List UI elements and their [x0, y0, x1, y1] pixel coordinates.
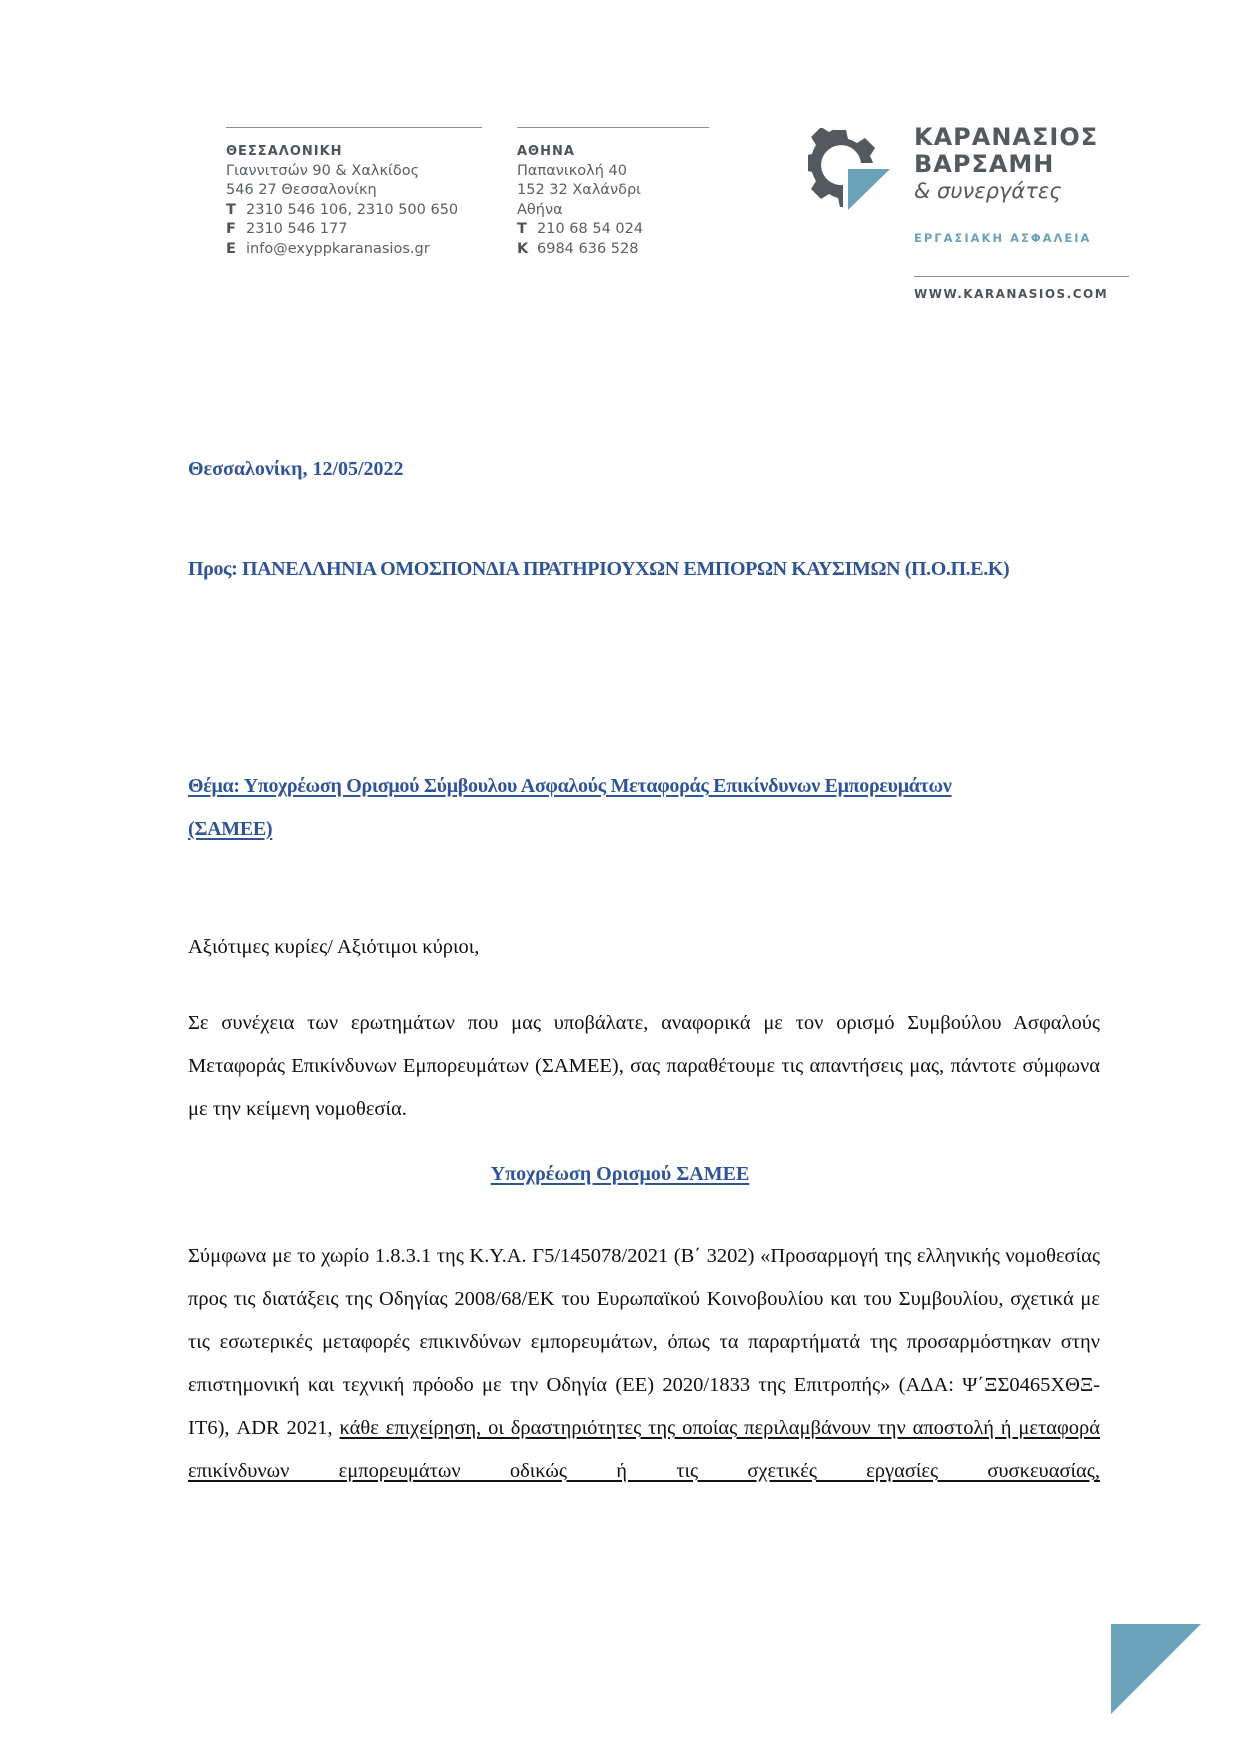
letter-subject: Θέμα: Υποχρέωση Ορισμού Σύμβουλου Ασφαλο… [188, 765, 1028, 851]
letter-page: ΘΕΣΣΑΛΟΝΙΚΗ Γιαννιτσών 90 & Χαλκίδος 546… [0, 0, 1240, 1752]
office-address-line: Αθήνα [517, 201, 709, 221]
contact-value: 210 68 54 024 [537, 221, 643, 237]
divider [517, 127, 709, 128]
corner-triangle-icon [1111, 1624, 1201, 1714]
gear-triangle-logo-icon [808, 128, 898, 210]
office-mobile: K6984 636 528 [517, 240, 709, 260]
contact-key: F [226, 220, 246, 240]
company-logo: ΚΑΡΑΝΑΣΙΟΣ ΒΑΡΣΑΜΗ & συνεργάτες ΕΡΓΑΣΙΑΚ… [808, 124, 1128, 304]
contact-key: T [226, 201, 246, 221]
intro-paragraph: Σε συνέχεια των ερωτημάτων που μας υποβά… [188, 1002, 1100, 1131]
office-email: Einfo@exyppkaranasios.gr [226, 240, 482, 260]
section-heading: Υποχρέωση Ορισμού ΣΑΜΕΕ [0, 1163, 1240, 1186]
office-phone: T210 68 54 024 [517, 220, 709, 240]
office-phone: T2310 546 106, 2310 500 650 [226, 201, 482, 221]
brand-name: ΚΑΡΑΝΑΣΙΟΣ ΒΑΡΣΑΜΗ & συνεργάτες [914, 124, 1098, 204]
office-city: ΘΕΣΣΑΛΟΝΙΚΗ [226, 142, 482, 162]
office-address-line: 546 27 Θεσσαλονίκη [226, 181, 482, 201]
letter-date: Θεσσαλονίκη, 12/05/2022 [188, 458, 404, 481]
contact-value: 6984 636 528 [537, 241, 638, 257]
contact-key: T [517, 220, 537, 240]
contact-key: E [226, 240, 246, 260]
brand-tagline: ΕΡΓΑΣΙΑΚΗ ΑΣΦΑΛΕΙΑ [914, 231, 1091, 245]
office-address-line: Γιαννιτσών 90 & Χαλκίδος [226, 162, 482, 182]
divider [914, 276, 1129, 277]
letter-greeting: Αξιότιμες κυρίες/ Αξιότιμοι κύριοι, [188, 936, 479, 959]
brand-line-1: ΚΑΡΑΝΑΣΙΟΣ [914, 124, 1098, 151]
office-address-line: Παπανικολή 40 [517, 162, 709, 182]
section-paragraph: Σύμφωνα με το χωρίο 1.8.3.1 της Κ.Υ.Α. Γ… [188, 1235, 1100, 1493]
office-athens: ΑΘΗΝΑ Παπανικολή 40 152 32 Χαλάνδρι Αθήν… [517, 127, 709, 259]
contact-value: 2310 546 177 [246, 221, 347, 237]
contact-key: K [517, 240, 537, 260]
letter-recipient: Προς: ΠΑΝΕΛΛΗΝΙΑ ΟΜΟΣΠΟΝΔΙΑ ΠΡΑΤΗΡΙΟΥΧΩΝ… [188, 548, 1128, 591]
brand-line-3: & συνεργάτες [914, 178, 1098, 204]
website-link[interactable]: WWW.KARANASIOS.COM [914, 287, 1108, 301]
brand-line-2: ΒΑΡΣΑΜΗ [914, 151, 1098, 178]
divider [226, 127, 482, 128]
office-city: ΑΘΗΝΑ [517, 142, 709, 162]
office-fax: F2310 546 177 [226, 220, 482, 240]
office-thessaloniki: ΘΕΣΣΑΛΟΝΙΚΗ Γιαννιτσών 90 & Χαλκίδος 546… [226, 127, 482, 259]
office-address-line: 152 32 Χαλάνδρι [517, 181, 709, 201]
section-paragraph-text: Σύμφωνα με το χωρίο 1.8.3.1 της Κ.Υ.Α. Γ… [188, 1245, 1100, 1439]
email-link[interactable]: info@exyppkaranasios.gr [246, 241, 430, 257]
contact-value: 2310 546 106, 2310 500 650 [246, 202, 458, 218]
